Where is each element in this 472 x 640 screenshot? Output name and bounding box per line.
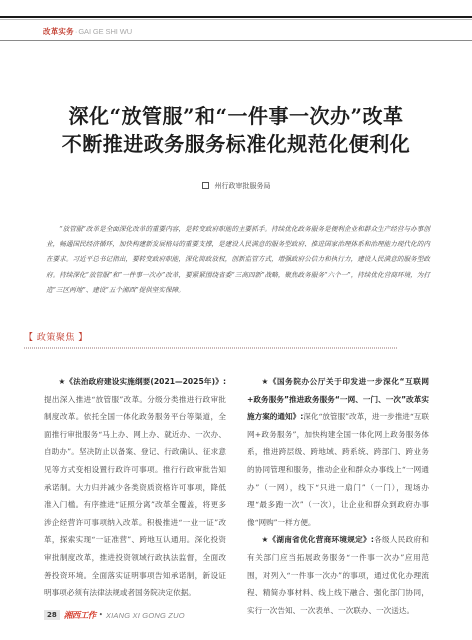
policy-body: 深化“放管服”改革，进一步推进“互联网+政务服务”，加快构建全国一体化网上政务服… <box>247 412 429 527</box>
policy-body: 各级人民政府和有关部门应当拓展政务服务“一件事一次办”应用范围，对列入“一件事一… <box>247 535 429 614</box>
header-top-rule-thin <box>0 19 472 20</box>
header-separator: · <box>75 27 78 36</box>
policy-item: ★《国务院办公厅关于印发进一步深化“互联网+政务服务”推进政务服务“一网、一门、… <box>247 373 429 531</box>
running-header: 改革实务 · GAI GE SHI WU <box>43 24 132 38</box>
header-top-rule <box>0 16 472 18</box>
column-name-en: GAI GE SHI WU <box>78 27 132 36</box>
column-left: ★《法治政府建设实施纲要(2021—2025年)》:提出深入推进“放管服”改革。… <box>44 373 226 602</box>
magazine-name-en: XIANG XI GONG ZUO <box>106 611 185 620</box>
section-heading-policy-focus: 【 政策聚焦 】 <box>24 330 88 343</box>
policy-title: ★《法治政府建设实施纲要(2021—2025年)》: <box>58 377 226 386</box>
article-intro: “放管服”改革是全面深化改革的重要内容，是转变政府职能的主要抓手。持续优化政务服… <box>46 222 430 298</box>
article-title-line-1: 深化“放管服”和“一件事一次办”改革 <box>0 100 472 129</box>
header-bottom-rule <box>0 40 472 41</box>
page-number: 28 <box>44 610 60 620</box>
policy-item: ★《法治政府建设实施纲要(2021—2025年)》:提出深入推进“放管服”改革。… <box>44 373 226 602</box>
magazine-logo: 湘西工作 <box>64 609 96 621</box>
column-right: ★《国务院办公厅关于印发进一步深化“互联网+政务服务”推进政务服务“一网、一门、… <box>247 373 429 619</box>
page-footer: 28 湘西工作 • XIANG XI GONG ZUO <box>44 608 185 622</box>
policy-item: ★《湖南省优化营商环境规定》:各级人民政府和有关部门应当拓展政务服务“一件事一次… <box>247 531 429 619</box>
policy-title: ★《湖南省优化营商环境规定》: <box>261 535 373 544</box>
policy-body: 提出深入推进“放管服”改革。分级分类推进行政审批制度改革。依托全国一体化政务服务… <box>44 395 226 598</box>
article-title-line-2: 不断推进政务服务标准化规范化便利化 <box>0 128 472 157</box>
section-dotted-divider <box>24 347 398 349</box>
author-name: 州行政审批服务局 <box>215 182 271 190</box>
footer-bullet: • <box>99 611 103 619</box>
column-name-cn: 改革实务 <box>43 26 74 37</box>
square-bullet-icon <box>202 182 209 189</box>
article-author: 州行政审批服务局 <box>0 181 472 191</box>
